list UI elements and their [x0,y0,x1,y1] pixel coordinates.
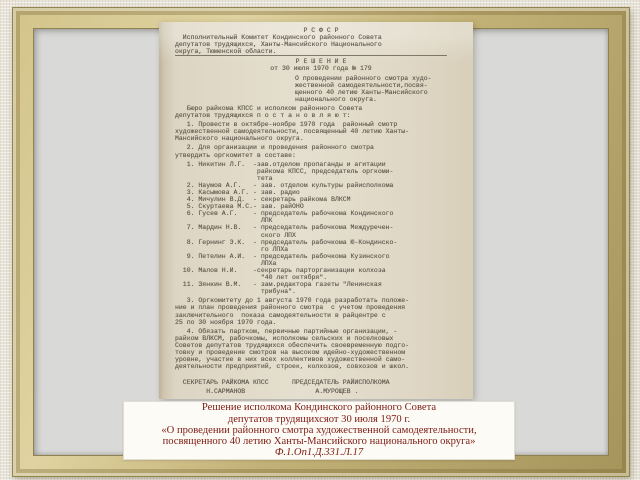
document-text: Р С Ф С Р Исполнительный Комитет Кондинс… [159,22,473,396]
document-line: ского ЛПХ [175,232,467,239]
document-line: трибуна". [175,288,467,295]
document-line: заключительного показа самодеятельности … [175,312,467,319]
document-line: СЕКРЕТАРЬ РАЙКОМА КПСС ПРЕДСЕДАТЕЛЬ РАЙИ… [175,379,467,386]
document-line: 2. Для организации и проведения районног… [175,144,467,151]
caption-line: Решение исполкома Кондинского районного … [124,402,514,413]
document-line: 8. Гернинг Э.К. - председатель рабочкома… [175,239,467,246]
caption-line: Ф.1.Оп1.Д.331.Л.17 [124,447,514,458]
document-line: от 30 июля 1970 года № 179 [175,65,467,72]
document-line: Мансийского национального округа. [175,135,467,142]
document-line: национального округа. [295,96,467,103]
document-line: депутатов трудящихся п о с т а н о в л я… [175,112,467,119]
document-line: 3. Касымова А.Г. - зав. радио [175,189,467,196]
document-line: тета [175,175,467,182]
document-line: 4. Обязать партком, первичные партийные … [175,328,467,335]
document-line: жественной самодеятельности,посвя- [295,82,467,89]
document-line: деятельности предприятий, строек, колхоз… [175,363,467,370]
document-line: 9. Петелин А.И. - председатель рабочкома… [175,253,467,260]
document-line: Бюро райкома КПСС и исполком районного С… [175,105,467,112]
document-line: ЛПХа [175,260,467,267]
document-line: райком ВЛКСМ, рабочкомы, исполкомы сельс… [175,335,467,342]
document-line: Н.САРМАНОВ А.МУРОЩЕВ . [175,388,467,395]
document-page: Р С Ф С Р Исполнительный Комитет Кондинс… [159,22,473,399]
caption-box: Решение исполкома Кондинского районного … [123,401,515,460]
document-line: 25 по 30 ноября 1970 года. [175,319,467,326]
caption-line: «О проведении районного смотра художеств… [124,425,514,436]
document-line: округа, Тюменской области. [175,48,447,56]
document-line: ние и план проведения районного смотра с… [175,304,467,311]
document-line: 1. Никитин Л.Г. -зав.отделом пропаганды … [175,161,467,168]
document-line: щенного 40 летию Ханты-Мансийского [295,89,467,96]
document-line: райкома КПСС, председатель оргкоми- [175,168,467,175]
document-line: 7. Мардин Н.В. - председатель рабочкома … [175,224,467,231]
caption-line: депутатов трудящихсяот 30 июля 1970 г. [124,414,514,425]
document-line: утвердить оргкомитет в составе: [175,152,467,159]
document-line: го ЛПХа [175,246,467,253]
document-line: 2. Наумов А.Г. - зав. отделом культуры р… [175,182,467,189]
caption-line: посвященного 40 летию Ханты-Мансийского … [124,436,514,447]
document-line: Советов депутатов трудящихся обеспечить … [175,342,467,349]
document-line: О проведении районного смотра худо- [295,75,467,82]
